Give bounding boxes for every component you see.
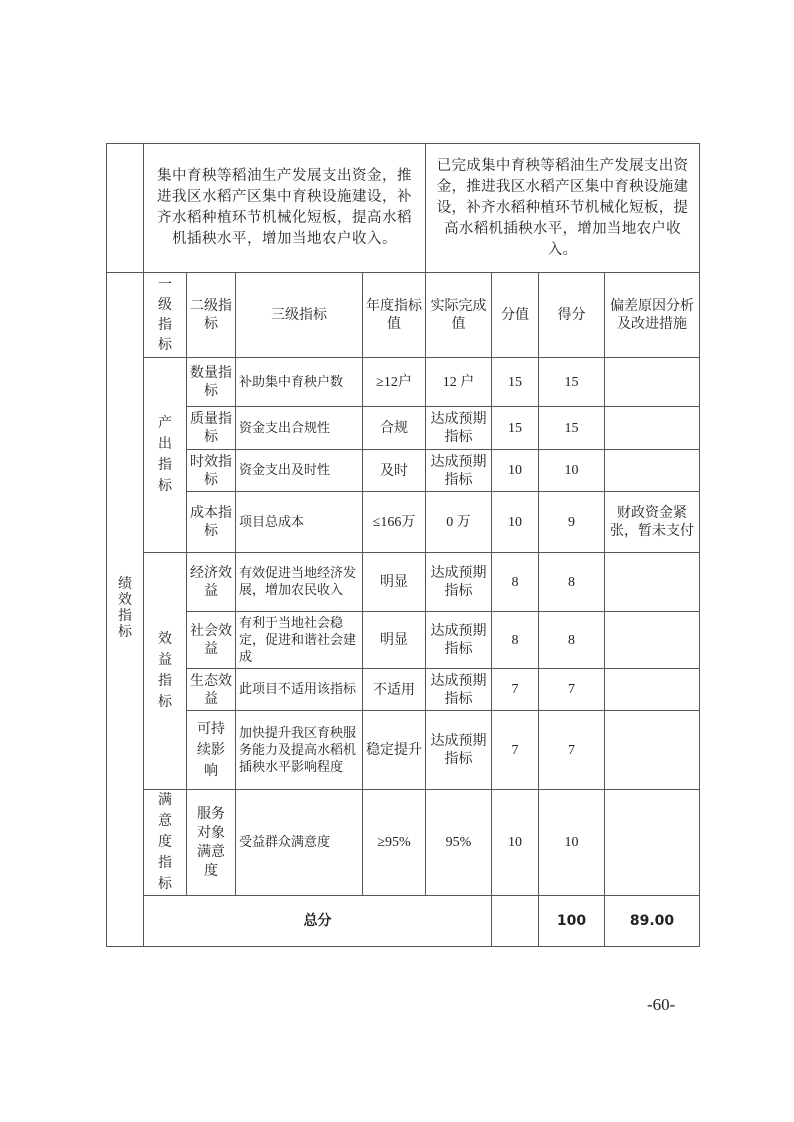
level2-cell: 数量指标: [187, 358, 236, 407]
target-cell: 合规: [363, 407, 426, 450]
actual-cell: 达成预期指标: [426, 669, 492, 711]
target-cell: ≤166万: [363, 492, 426, 553]
target-cell: 稳定提升: [363, 711, 426, 790]
score-cell: 7: [539, 669, 605, 711]
actual-completion-text: 已完成集中育秧等稻油生产发展支出资金，推进我区水稻产区集中育秧设施建设，补齐水稻…: [426, 144, 700, 273]
value-cell: 10: [492, 492, 539, 553]
score-cell: 7: [539, 711, 605, 790]
actual-cell: 达成预期指标: [426, 407, 492, 450]
level3-cell: 项目总成本: [236, 492, 363, 553]
header-annual-target: 年度指标值: [363, 273, 426, 358]
level2-cell: 成本指标: [187, 492, 236, 553]
score-cell: 8: [539, 612, 605, 669]
value-cell: 7: [492, 711, 539, 790]
total-value: 100: [539, 896, 605, 947]
goal-row-label-cell: [107, 144, 144, 273]
page-number: -60-: [647, 995, 675, 1015]
deviation-cell: [605, 669, 700, 711]
target-cell: ≥12户: [363, 358, 426, 407]
deviation-cell: [605, 790, 700, 896]
target-cell: 不适用: [363, 669, 426, 711]
total-row: 总分 100 89.00: [107, 896, 700, 947]
level2-cell: 生态效益: [187, 669, 236, 711]
header-level3: 三级指标: [236, 273, 363, 358]
header-score-value: 分值: [492, 273, 539, 358]
total-label: 总分: [144, 896, 492, 947]
group-label-output: 产出指标: [144, 358, 187, 553]
actual-cell: 达成预期指标: [426, 612, 492, 669]
table-row: 社会效益 有利于当地社会稳定，促进和谐社会建成 明显 达成预期指标 8 8: [107, 612, 700, 669]
level3-cell: 有效促进当地经济发展，增加农民收入: [236, 553, 363, 612]
actual-cell: 达成预期指标: [426, 711, 492, 790]
header-score-obtained: 得分: [539, 273, 605, 358]
score-cell: 15: [539, 358, 605, 407]
header-deviation: 偏差原因分析及改进措施: [605, 273, 700, 358]
level3-cell: 此项目不适用该指标: [236, 669, 363, 711]
table-row: 成本指标 项目总成本 ≤166万 0 万 10 9 财政资金紧张，暂未支付: [107, 492, 700, 553]
header-level1: 一级指标: [144, 273, 187, 358]
deviation-cell: [605, 553, 700, 612]
table-row: 可持续影响 加快提升我区育秧服务能力及提高水稻机插秧水平影响程度 稳定提升 达成…: [107, 711, 700, 790]
actual-cell: 95%: [426, 790, 492, 896]
actual-cell: 达成预期指标: [426, 450, 492, 492]
level2-cell: 质量指标: [187, 407, 236, 450]
section-label: 绩效指标: [107, 273, 144, 947]
score-cell: 8: [539, 553, 605, 612]
deviation-cell: [605, 450, 700, 492]
group-label-benefit: 效益指标: [144, 553, 187, 790]
table-row: 产出指标 数量指标 补助集中育秧户数 ≥12户 12 户 15 15: [107, 358, 700, 407]
target-cell: 明显: [363, 612, 426, 669]
score-cell: 10: [539, 790, 605, 896]
level2-cell: 时效指标: [187, 450, 236, 492]
table-row: 满意度指标 服务对象满意度 受益群众满意度 ≥95% 95% 10 10: [107, 790, 700, 896]
value-cell: 8: [492, 553, 539, 612]
goal-row: 集中育秧等稻油生产发展支出资金，推进我区水稻产区集中育秧设施建设，补齐水稻种植环…: [107, 144, 700, 273]
deviation-cell: [605, 612, 700, 669]
value-cell: 15: [492, 358, 539, 407]
planned-goal-text: 集中育秧等稻油生产发展支出资金，推进我区水稻产区集中育秧设施建设，补齐水稻种植环…: [144, 144, 426, 273]
table-row: 生态效益 此项目不适用该指标 不适用 达成预期指标 7 7: [107, 669, 700, 711]
level2-cell: 经济效益: [187, 553, 236, 612]
table-row: 质量指标 资金支出合规性 合规 达成预期指标 15 15: [107, 407, 700, 450]
target-cell: 明显: [363, 553, 426, 612]
table-row: 时效指标 资金支出及时性 及时 达成预期指标 10 10: [107, 450, 700, 492]
level2-cell: 服务对象满意度: [187, 790, 236, 896]
value-cell: 7: [492, 669, 539, 711]
actual-cell: 达成预期指标: [426, 553, 492, 612]
deviation-cell: [605, 358, 700, 407]
deviation-cell: 财政资金紧张，暂未支付: [605, 492, 700, 553]
group-label-satisfaction: 满意度指标: [144, 790, 187, 896]
total-score: 89.00: [605, 896, 700, 947]
level3-cell: 资金支出合规性: [236, 407, 363, 450]
value-cell: 15: [492, 407, 539, 450]
level3-cell: 有利于当地社会稳定，促进和谐社会建成: [236, 612, 363, 669]
target-cell: ≥95%: [363, 790, 426, 896]
score-cell: 10: [539, 450, 605, 492]
header-level2: 二级指标: [187, 273, 236, 358]
level3-cell: 加快提升我区育秧服务能力及提高水稻机插秧水平影响程度: [236, 711, 363, 790]
value-cell: 10: [492, 450, 539, 492]
deviation-cell: [605, 711, 700, 790]
score-cell: 15: [539, 407, 605, 450]
header-row: 绩效指标 一级指标 二级指标 三级指标 年度指标值 实际完成值 分值 得分 偏差…: [107, 273, 700, 358]
target-cell: 及时: [363, 450, 426, 492]
actual-cell: 0 万: [426, 492, 492, 553]
level2-cell: 可持续影响: [187, 711, 236, 790]
level2-cell: 社会效益: [187, 612, 236, 669]
score-cell: 9: [539, 492, 605, 553]
deviation-cell: [605, 407, 700, 450]
performance-table: 集中育秧等稻油生产发展支出资金，推进我区水稻产区集中育秧设施建设，补齐水稻种植环…: [106, 143, 700, 947]
value-cell: 10: [492, 790, 539, 896]
level3-cell: 资金支出及时性: [236, 450, 363, 492]
level3-cell: 受益群众满意度: [236, 790, 363, 896]
table-row: 效益指标 经济效益 有效促进当地经济发展，增加农民收入 明显 达成预期指标 8 …: [107, 553, 700, 612]
header-actual-value: 实际完成值: [426, 273, 492, 358]
value-cell: 8: [492, 612, 539, 669]
total-actual-cell: [492, 896, 539, 947]
actual-cell: 12 户: [426, 358, 492, 407]
level3-cell: 补助集中育秧户数: [236, 358, 363, 407]
